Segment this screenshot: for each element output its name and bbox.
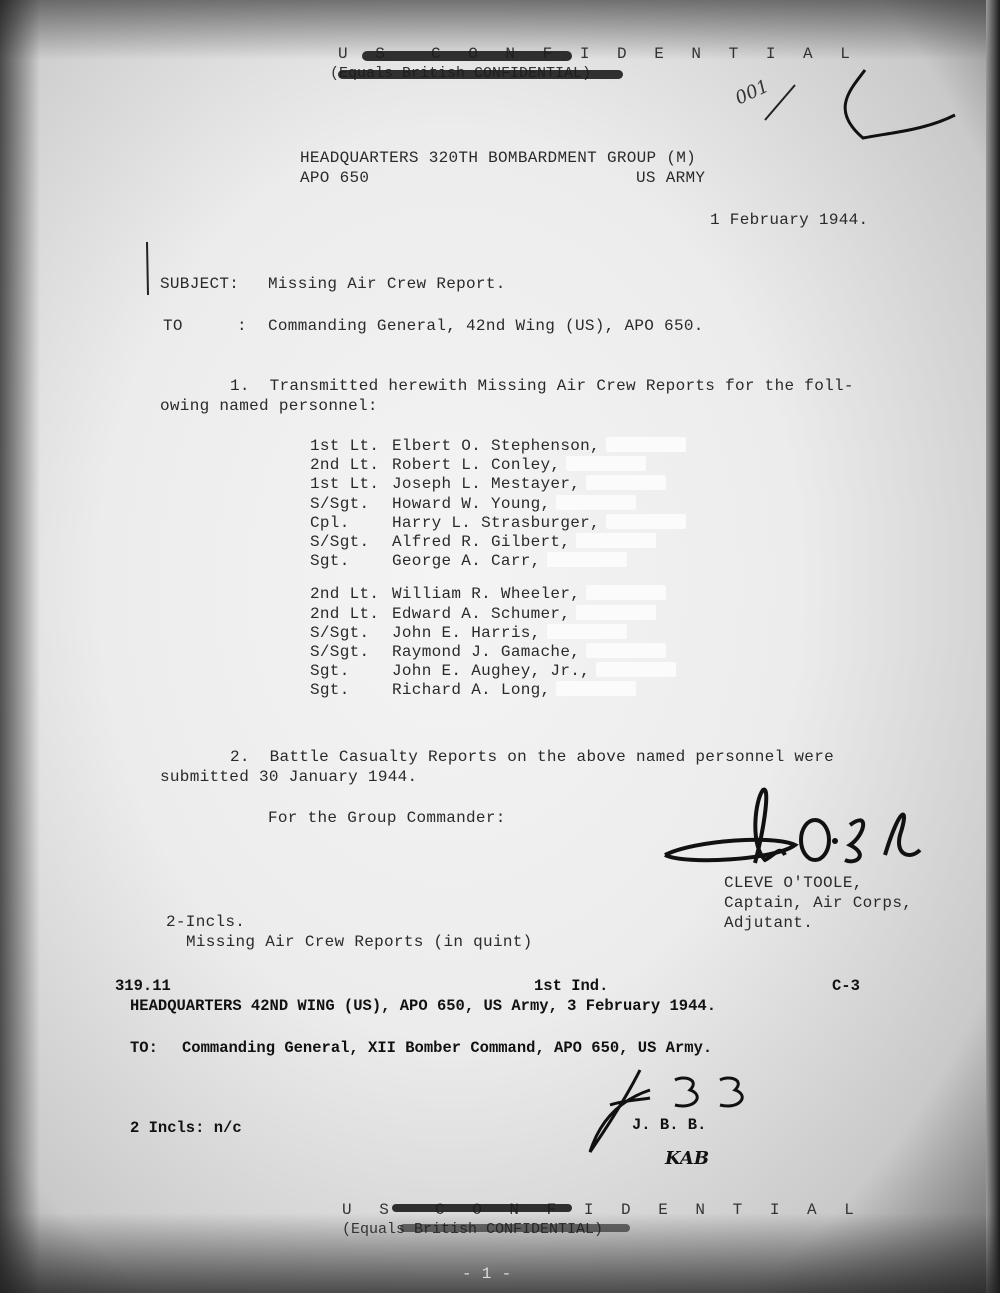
scan-edge-left [0, 0, 40, 1293]
signature-jbb [580, 1060, 780, 1160]
endorsement-initials: J. B. B. [632, 1115, 706, 1135]
signatory-role: Adjutant. [724, 913, 813, 933]
redaction [576, 533, 656, 548]
crew-row: 2nd Lt.William R. Wheeler, [310, 585, 686, 604]
endorsement-code: C-3 [832, 976, 860, 996]
crew-row: Cpl.Harry L. Strasburger, [310, 514, 686, 533]
crew-row: Sgt.John E. Aughey, Jr., [310, 662, 686, 681]
header-apo: APO 650 [300, 168, 369, 188]
inclosures-description: Missing Air Crew Reports (in quint) [186, 932, 533, 952]
to-colon: : [237, 316, 247, 336]
redaction [606, 514, 686, 529]
redaction [586, 585, 666, 600]
strikeout-mark [362, 51, 572, 61]
margin-mark [142, 240, 152, 300]
paragraph-1-line-1: 1. Transmitted herewith Missing Air Crew… [230, 376, 854, 396]
handwritten-initials: KAB [665, 1148, 709, 1169]
crew-row: 2nd Lt.Robert L. Conley, [310, 456, 686, 475]
to-label: TO [163, 316, 183, 336]
redaction [556, 681, 636, 696]
endorsement-header: HEADQUARTERS 42ND WING (US), APO 650, US… [130, 996, 716, 1016]
redaction [566, 456, 646, 471]
paragraph-2-line-2: submitted 30 January 1944. [160, 767, 417, 787]
paragraph-2-line-1: 2. Battle Casualty Reports on the above … [230, 747, 834, 767]
strikeout-mark [338, 70, 623, 79]
signature-otoole [655, 785, 925, 875]
paragraph-1-line-2: owing named personnel: [160, 396, 378, 416]
crew-row: S/Sgt.Raymond J. Gamache, [310, 643, 686, 662]
crew-row: S/Sgt.John E. Harris, [310, 624, 686, 643]
subject-text: Missing Air Crew Report. [268, 274, 506, 294]
redaction [556, 495, 636, 510]
redaction [606, 437, 686, 452]
crew-row: 1st Lt.Joseph L. Mestayer, [310, 475, 686, 494]
endorsement-file-number: 319.11 [115, 976, 171, 996]
redaction [547, 624, 627, 639]
subject-label: SUBJECT: [160, 274, 239, 294]
crew-row: Sgt.Richard A. Long, [310, 681, 686, 700]
endorsement-to: Commanding General, XII Bomber Command, … [182, 1038, 712, 1058]
inclosures-count: 2-Incls. [166, 912, 245, 932]
crew-row: S/Sgt.Alfred R. Gilbert, [310, 533, 686, 552]
endorsement-inclosures: 2 Incls: n/c [130, 1118, 242, 1138]
redaction [547, 552, 627, 567]
signatory-name: CLEVE O'TOOLE, [724, 873, 863, 893]
crew-row: 2nd Lt.Edward A. Schumer, [310, 605, 686, 624]
to-text: Commanding General, 42nd Wing (US), APO … [268, 316, 704, 336]
signatory-title: Captain, Air Corps, [724, 893, 912, 913]
page-number: - 1 - [462, 1264, 512, 1284]
scan-edge-right [986, 0, 1000, 1293]
handwritten-check-mark [755, 60, 985, 140]
header-army: US ARMY [636, 168, 705, 188]
crew-row: S/Sgt.Howard W. Young, [310, 495, 686, 514]
strikeout-mark [400, 1224, 630, 1232]
header-unit: HEADQUARTERS 320TH BOMBARDMENT GROUP (M) [300, 148, 696, 168]
strikeout-mark [392, 1204, 572, 1212]
crew-row: Sgt.George A. Carr, [310, 552, 686, 571]
endorsement-indorsement: 1st Ind. [534, 976, 608, 996]
for-group-commander: For the Group Commander: [268, 808, 506, 828]
redaction [596, 662, 676, 677]
endorsement-to-label: TO: [130, 1038, 158, 1058]
redaction [576, 605, 656, 620]
crew-row: 1st Lt.Elbert O. Stephenson, [310, 437, 686, 456]
redaction [586, 643, 666, 658]
document-date: 1 February 1944. [710, 210, 868, 230]
crew-list: 1st Lt.Elbert O. Stephenson, 2nd Lt.Robe… [310, 437, 686, 700]
redaction [586, 475, 666, 490]
